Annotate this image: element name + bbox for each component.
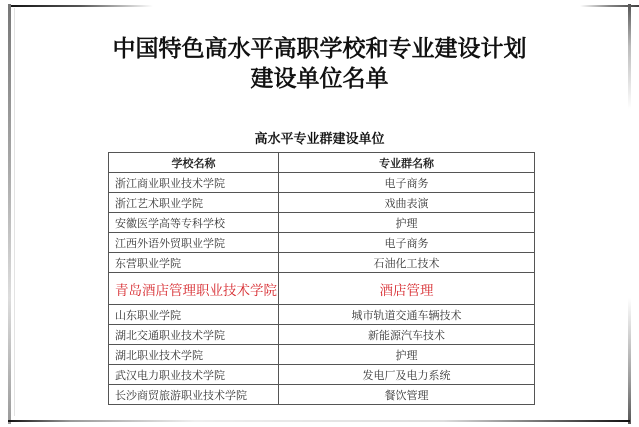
major-cell: 酒店管理	[279, 273, 535, 305]
major-cell: 戏曲表演	[279, 193, 535, 213]
table-row-highlighted: 青岛酒店管理职业技术学院 酒店管理	[109, 273, 535, 305]
table-row: 湖北职业技术学院 护理	[109, 345, 535, 365]
major-cell: 护理	[279, 345, 535, 365]
table-row: 江西外语外贸职业学院 电子商务	[109, 233, 535, 253]
frame-border-top	[8, 5, 153, 7]
table-row: 山东职业学院 城市轨道交通车辆技术	[109, 305, 535, 325]
document-title-line1: 中国特色高水平高职学校和专业建设计划	[0, 30, 639, 63]
table-row: 东营职业学院 石油化工技术	[109, 253, 535, 273]
major-cell: 护理	[279, 213, 535, 233]
school-cell: 山东职业学院	[109, 305, 279, 325]
school-cell: 湖北职业技术学院	[109, 345, 279, 365]
document-title-line2: 建设单位名单	[0, 60, 639, 93]
table-row: 长沙商贸旅游职业技术学院 餐饮管理	[109, 385, 535, 405]
school-cell: 安徽医学高等专科学校	[109, 213, 279, 233]
major-cell: 城市轨道交通车辆技术	[279, 305, 535, 325]
table-row: 湖北交通职业技术学院 新能源汽车技术	[109, 325, 535, 345]
header-major-group-name: 专业群名称	[279, 153, 535, 173]
frame-border-bottom	[8, 420, 630, 422]
table-row: 安徽医学高等专科学校 护理	[109, 213, 535, 233]
major-cell: 石油化工技术	[279, 253, 535, 273]
major-cell: 发电厂及电力系统	[279, 365, 535, 385]
major-cell: 电子商务	[279, 173, 535, 193]
school-cell: 浙江商业职业技术学院	[109, 173, 279, 193]
school-cell: 湖北交通职业技术学院	[109, 325, 279, 345]
school-cell: 长沙商贸旅游职业技术学院	[109, 385, 279, 405]
units-table: 学校名称 专业群名称 浙江商业职业技术学院 电子商务 浙江艺术职业学院 戏曲表演…	[108, 152, 535, 405]
table-row: 武汉电力职业技术学院 发电厂及电力系统	[109, 365, 535, 385]
school-cell: 东营职业学院	[109, 253, 279, 273]
major-cell: 电子商务	[279, 233, 535, 253]
header-school-name: 学校名称	[109, 153, 279, 173]
school-cell: 江西外语外贸职业学院	[109, 233, 279, 253]
major-cell: 新能源汽车技术	[279, 325, 535, 345]
major-cell: 餐饮管理	[279, 385, 535, 405]
table-row: 浙江艺术职业学院 戏曲表演	[109, 193, 535, 213]
school-cell: 浙江艺术职业学院	[109, 193, 279, 213]
section-title: 高水平专业群建设单位	[0, 128, 639, 147]
table-header-row: 学校名称 专业群名称	[109, 153, 535, 173]
school-cell: 青岛酒店管理职业技术学院	[109, 273, 279, 305]
table-row: 浙江商业职业技术学院 电子商务	[109, 173, 535, 193]
school-cell: 武汉电力职业技术学院	[109, 365, 279, 385]
